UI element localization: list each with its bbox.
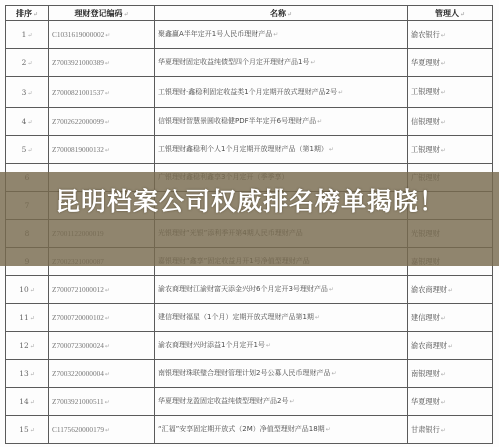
cell-manager: 建信理财↵: [408, 304, 493, 332]
cell-name: 渝农商理财兴时添益1个月定开1号↵: [155, 332, 408, 360]
cell-manager: 华夏理财↵: [408, 388, 493, 416]
cell-name: 聚鑫赢A半年定开1号人民币理财产品↵: [155, 21, 408, 49]
cell-manager: 工银理财↵: [408, 77, 493, 108]
table-header-row: 排序↵ 理财登记编码↵ 名称↵ 管理人↵: [6, 6, 493, 21]
cell-rank: 12↵: [6, 332, 49, 360]
cell-code: Z7003220000004↵: [49, 360, 155, 388]
cell-code: Z7000720000102↵: [49, 304, 155, 332]
table-row: 12↵ Z7000723000024↵ 渝农商理财兴时添益1个月定开1号↵ 渝农…: [6, 332, 493, 360]
cell-code: Z7000819000132↵: [49, 136, 155, 164]
header-name: 名称↵: [155, 6, 408, 21]
cell-code: Z7000821001537↵: [49, 77, 155, 108]
cell-manager: 信银理财↵: [408, 108, 493, 136]
cell-rank: 4↵: [6, 108, 49, 136]
cell-manager: 南银理财↵: [408, 360, 493, 388]
table-row: 10↵ Z7000721000012↵ 渝农商理财江渝财富天添金兴时6个月定开3…: [6, 276, 493, 304]
document-page: 排序↵ 理财登记编码↵ 名称↵ 管理人↵ 1↵ C1031619000002↵ …: [0, 0, 499, 447]
cell-manager: 甘肃银行↵: [408, 416, 493, 444]
header-manager: 管理人↵: [408, 6, 493, 21]
cell-code: Z7000721000012↵: [49, 276, 155, 304]
header-rank: 排序↵: [6, 6, 49, 21]
cell-name: 华夏理财龙盈固定收益纯债型理财产品2号↵: [155, 388, 408, 416]
cell-code: Z7002622000099↵: [49, 108, 155, 136]
cell-rank: 3↵: [6, 77, 49, 108]
cell-rank: 15↵: [6, 416, 49, 444]
cell-name: 南银理财珠联璧合理财管理计划2号公募人民币理财产品↵: [155, 360, 408, 388]
cell-name: 建信理财福星（1个月）定期开放式理财产品第1期↵: [155, 304, 408, 332]
table-row: 2↵ Z7003921000389↵ 华夏理财固定收益纯债型四个月定开理财产品1…: [6, 49, 493, 77]
cell-code: Z7003921000389↵: [49, 49, 155, 77]
cell-rank: 11↵: [6, 304, 49, 332]
table-row: 13↵ Z7003220000004↵ 南银理财珠联璧合理财管理计划2号公募人民…: [6, 360, 493, 388]
cell-name: 渝农商理财江渝财富天添金兴时6个月定开3号理财产品↵: [155, 276, 408, 304]
cell-name: “汇福”安享固定期开放式（2M）净值型理财产品18期↵: [155, 416, 408, 444]
cell-code: Z7000723000024↵: [49, 332, 155, 360]
table-row: 4↵ Z7002622000099↵ 信银理财智慧景圆收稳健PDF半年定开6号理…: [6, 108, 493, 136]
cell-name: 工银理财鑫稳利个人1个月定期开放理财产品（第1期）↵: [155, 136, 408, 164]
cell-manager: 渝农银行↵: [408, 21, 493, 49]
cell-rank: 10↵: [6, 276, 49, 304]
cell-rank: 5↵: [6, 136, 49, 164]
cell-manager: 华夏理财↵: [408, 49, 493, 77]
cell-name: 华夏理财固定收益纯债型四个月定开理财产品1号↵: [155, 49, 408, 77]
cell-rank: 13↵: [6, 360, 49, 388]
table-row: 1↵ C1031619000002↵ 聚鑫赢A半年定开1号人民币理财产品↵ 渝农…: [6, 21, 493, 49]
cell-rank: 2↵: [6, 49, 49, 77]
cell-rank: 1↵: [6, 21, 49, 49]
cell-manager: 工银理财↵: [408, 136, 493, 164]
header-code: 理财登记编码↵: [49, 6, 155, 21]
table-row: 14↵ Z7003921000511↵ 华夏理财龙盈固定收益纯债型理财产品2号↵…: [6, 388, 493, 416]
table-row: 5↵ Z7000819000132↵ 工银理财鑫稳利个人1个月定期开放理财产品（…: [6, 136, 493, 164]
cell-name: 工银理财·鑫稳利固定收益类1个月定期开放式理财产品2号↵: [155, 77, 408, 108]
headline-title: 昆明档案公司权威排名榜单揭晓！: [40, 184, 460, 220]
cell-rank: 14↵: [6, 388, 49, 416]
cell-manager: 渝农商理财↵: [408, 332, 493, 360]
table-row: 3↵ Z7000821001537↵ 工银理财·鑫稳利固定收益类1个月定期开放式…: [6, 77, 493, 108]
cell-code: C1175620000179↵: [49, 416, 155, 444]
table-row: 11↵ Z7000720000102↵ 建信理财福星（1个月）定期开放式理财产品…: [6, 304, 493, 332]
cell-manager: 渝农商理财↵: [408, 276, 493, 304]
table-row: 15↵ C1175620000179↵ “汇福”安享固定期开放式（2M）净值型理…: [6, 416, 493, 444]
cell-name: 信银理财智慧景圆收稳健PDF半年定开6号理财产品↵: [155, 108, 408, 136]
cell-code: Z7003921000511↵: [49, 388, 155, 416]
cell-code: C1031619000002↵: [49, 21, 155, 49]
